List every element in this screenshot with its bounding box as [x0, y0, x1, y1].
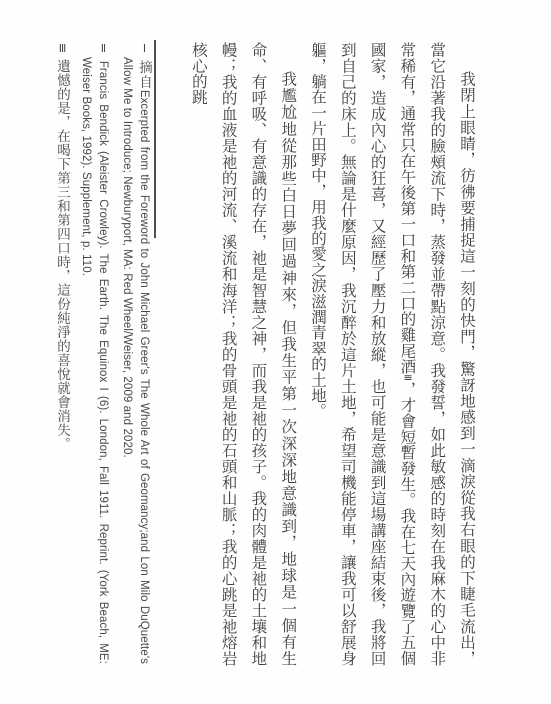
- footnote-separator-rule: [154, 40, 156, 238]
- footnote-text-zh: 摘自: [137, 60, 152, 90]
- paragraph: 我閉上眼睛，彷彿要捕捉這一刻的快門，驚訝地感到一滴淚從我右眼的下睫毛流出，當它沿…: [302, 42, 481, 666]
- footnote-item: Ⅲ遺憾的是，在喝下第三和第四口時，這份純淨的喜悅就會消失。: [53, 42, 71, 664]
- article-body: 我閉上眼睛，彷彿要捕捉這一刻的快門，驚訝地感到一滴淚從我右眼的下睫毛流出，當它沿…: [183, 42, 481, 666]
- footnote-number: Ⅲ: [56, 42, 69, 55]
- footnote-number: Ⅰ: [138, 42, 151, 56]
- footnote-item: ⅡFrancis Bendick (Aleister Crowley). The…: [77, 42, 112, 664]
- footnote-text-en: Francis Bendick (Aleister Crowley). The …: [80, 57, 109, 664]
- text-run: 我尷尬地從那些白日夢回過神來，但我生平第一次深深地意識到，地球是一個有生命、有呼…: [190, 42, 296, 666]
- footnote-text-zh: 遺憾的是，在喝下第三和第四口時，這份純淨的喜悅就會消失。: [55, 59, 70, 451]
- footnote-text-en: Excerpted from the Foreword to John Mich…: [121, 57, 150, 664]
- footnote-item: Ⅰ摘自Excerpted from the Foreword to John M…: [118, 42, 153, 664]
- footnote-number: Ⅱ: [97, 42, 110, 57]
- paragraph: 我尷尬地從那些白日夢回過神來，但我生平第一次深深地意識到，地球是一個有生命、有呼…: [183, 42, 302, 666]
- footnotes-block: Ⅰ摘自Excerpted from the Foreword to John M…: [57, 42, 153, 664]
- book-page: 我閉上眼睛，彷彿要捕捉這一刻的快門，驚訝地感到一滴淚從我右眼的下睫毛流出，當它沿…: [0, 0, 551, 704]
